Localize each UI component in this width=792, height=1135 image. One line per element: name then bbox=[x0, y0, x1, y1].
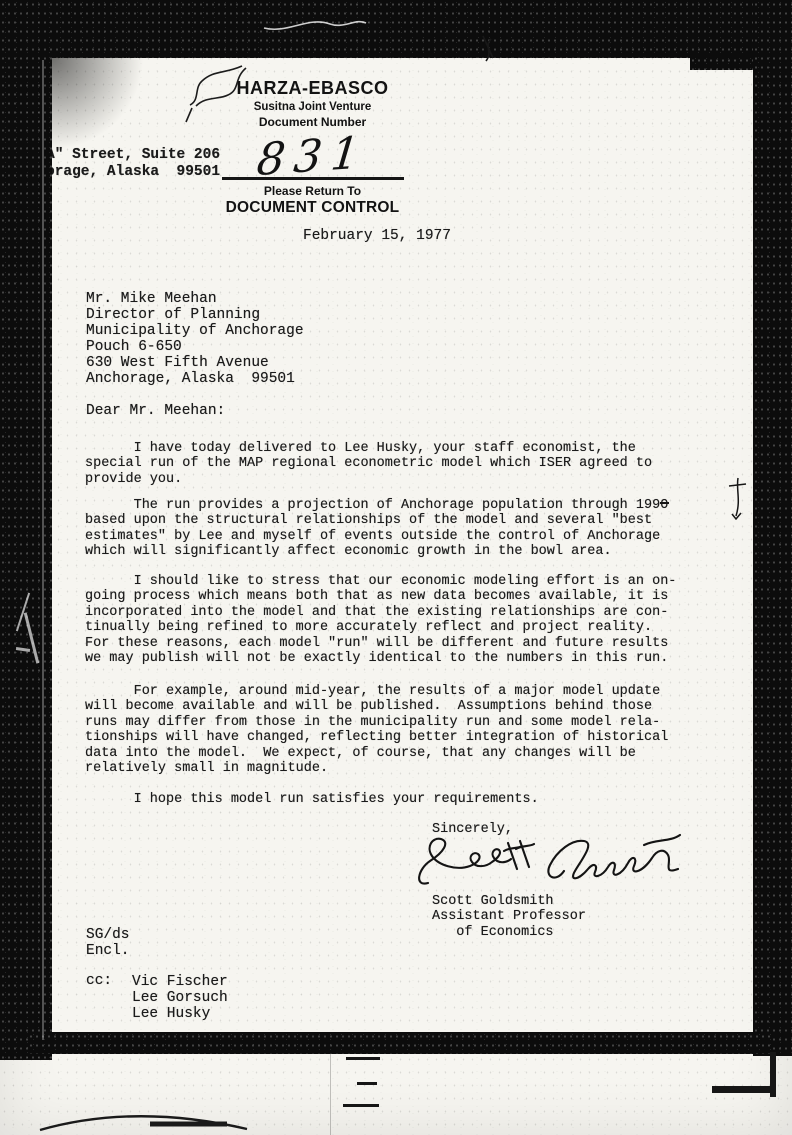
fold-crease-line bbox=[330, 1052, 331, 1135]
border-white-squiggle bbox=[260, 10, 370, 36]
bottom-dash-mark bbox=[357, 1082, 377, 1085]
margin-arrow-mark bbox=[726, 476, 748, 520]
recipient-address-block: Mr. Mike Meehan Director of Planning Mun… bbox=[86, 292, 304, 387]
bottom-dash-mark bbox=[343, 1104, 379, 1107]
scan-border-left bbox=[0, 0, 52, 1060]
stray-dash-mark bbox=[660, 502, 669, 504]
scan-border-right bbox=[753, 0, 792, 1056]
body-paragraph-2: The run provides a projection of Anchora… bbox=[85, 498, 668, 560]
bottom-dash-mark bbox=[346, 1057, 380, 1060]
letter-date: February 15, 1977 bbox=[303, 229, 451, 245]
body-paragraph-4: For example, around mid-year, the result… bbox=[85, 684, 668, 776]
salutation: Dear Mr. Meehan: bbox=[86, 404, 225, 420]
cc-names-list: Vic Fischer Lee Gorsuch Lee Husky bbox=[132, 974, 228, 1022]
border-scratch-mark bbox=[42, 60, 44, 1040]
enclosure-note: Encl. bbox=[86, 944, 130, 960]
scan-border-top bbox=[0, 0, 792, 58]
cc-label: cc: bbox=[86, 974, 112, 990]
bottom-arc-mark bbox=[35, 1103, 253, 1135]
page-corner-mark-horizontal bbox=[712, 1086, 776, 1093]
body-paragraph-3: I should like to stress that our economi… bbox=[85, 574, 676, 666]
body-closing-line: I hope this model run satisfies your req… bbox=[85, 792, 539, 807]
stamp-return-to: DOCUMENT CONTROL bbox=[210, 199, 415, 217]
pen-x-mark bbox=[476, 34, 502, 64]
typist-initials: SG/ds bbox=[86, 928, 130, 944]
scanned-letter-page: HARZA-EBASCO Susitna Joint Venture Docum… bbox=[0, 0, 792, 1135]
scan-corner-smudge bbox=[52, 58, 147, 153]
stray-dash-mark bbox=[222, 178, 237, 180]
body-paragraph-1: I have today delivered to Lee Husky, you… bbox=[85, 441, 652, 487]
stamp-return-line: Please Return To bbox=[210, 184, 415, 198]
typed-signature-block: Scott Goldsmith Assistant Professor of E… bbox=[432, 894, 586, 940]
scan-border-bottom bbox=[28, 1032, 772, 1054]
handwritten-squiggle-mark bbox=[182, 64, 264, 126]
scott-goldsmith-signature bbox=[412, 831, 684, 891]
